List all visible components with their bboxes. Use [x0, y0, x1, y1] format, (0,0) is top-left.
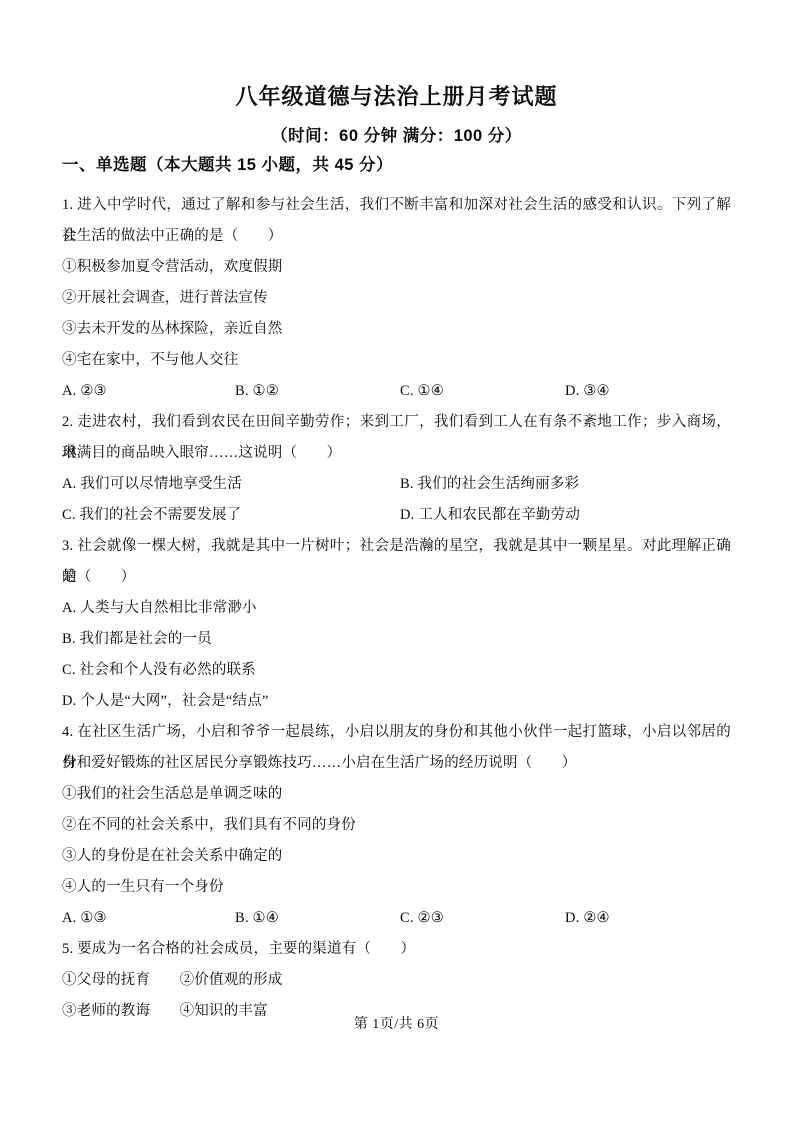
q1-stem-line-2: 会生活的做法中正确的是（ ）	[62, 221, 731, 252]
q4-stem-line-1: 4. 在社区生活广场，小启和爷爷一起晨练，小启以朋友的身份和其他小伙伴一起打篮球…	[62, 717, 731, 748]
exam-time-score-line: （时间：60 分钟 满分：100 分）	[62, 126, 731, 146]
q5-items-row-1-2: ①父母的抚育 ②价值观的形成	[62, 965, 731, 996]
question-2: 2. 走进农村，我们看到农民在田间辛勤劳作；来到工厂，我们看到工人在有条不紊地工…	[62, 407, 731, 531]
q3-stem-line-2: 是（ ）	[62, 562, 731, 593]
q4-item-3: ③人的身份是在社会关系中确定的	[62, 841, 731, 872]
q4-stem-line-2: 份和爱好锻炼的社区居民分享锻炼技巧……小启在生活广场的经历说明（ ）	[62, 748, 731, 779]
q1-stem-line-1: 1. 进入中学时代，通过了解和参与社会生活，我们不断丰富和加深对社会生活的感受和…	[62, 190, 731, 221]
question-4: 4. 在社区生活广场，小启和爷爷一起晨练，小启以朋友的身份和其他小伙伴一起打篮球…	[62, 717, 731, 934]
q4-option-d: D. ②④	[565, 903, 610, 934]
q2-options-row-ab: A. 我们可以尽情地享受生活B. 我们的社会生活绚丽多彩	[62, 469, 731, 500]
question-list: 1. 进入中学时代，通过了解和参与社会生活，我们不断丰富和加深对社会生活的感受和…	[62, 190, 731, 1027]
question-1: 1. 进入中学时代，通过了解和参与社会生活，我们不断丰富和加深对社会生活的感受和…	[62, 190, 731, 407]
q1-option-c: C. ①④	[400, 376, 565, 407]
q3-option-d: D. 个人是“大网”，社会是“结点”	[62, 686, 731, 717]
q2-stem-line-1: 2. 走进农村，我们看到农民在田间辛勤劳作；来到工厂，我们看到工人在有条不紊地工…	[62, 407, 731, 438]
q4-option-b: B. ①④	[235, 903, 400, 934]
q4-item-1: ①我们的社会生活总是单调乏味的	[62, 779, 731, 810]
q3-option-a: A. 人类与大自然相比非常渺小	[62, 593, 731, 624]
q1-option-a: A. ②③	[62, 376, 235, 407]
q3-option-b: B. 我们都是社会的一员	[62, 624, 731, 655]
q4-item-4: ④人的一生只有一个身份	[62, 872, 731, 903]
q5-stem-line-1: 5. 要成为一名合格的社会成员，主要的渠道有（ ）	[62, 934, 731, 965]
q4-option-c: C. ②③	[400, 903, 565, 934]
q1-item-1: ①积极参加夏令营活动，欢度假期	[62, 252, 731, 283]
q2-option-a: A. 我们可以尽情地享受生活	[62, 469, 400, 500]
q4-item-2: ②在不同的社会关系中，我们具有不同的身份	[62, 810, 731, 841]
q4-option-a: A. ①③	[62, 903, 235, 934]
q3-option-c: C. 社会和个人没有必然的联系	[62, 655, 731, 686]
q2-option-d: D. 工人和农民都在辛勤劳动	[400, 500, 580, 531]
q1-options-row: A. ②③B. ①②C. ①④D. ③④	[62, 376, 731, 407]
question-3: 3. 社会就像一棵大树，我就是其中一片树叶；社会是浩瀚的星空，我就是其中一颗星星…	[62, 531, 731, 717]
page-footer: 第 1页/共 6页	[0, 1014, 793, 1036]
q2-stem-line-2: 琅满目的商品映入眼帘……这说明（ ）	[62, 438, 731, 469]
exam-title: 八年级道德与法治上册月考试题	[62, 84, 731, 110]
q1-option-d: D. ③④	[565, 376, 610, 407]
section-heading-single-choice: 一、单选题（本大题共 15 小题，共 45 分）	[62, 155, 731, 176]
q1-option-b: B. ①②	[235, 376, 400, 407]
q1-item-3: ③去未开发的丛林探险，亲近自然	[62, 314, 731, 345]
q1-item-4: ④宅在家中，不与他人交往	[62, 345, 731, 376]
q2-option-b: B. 我们的社会生活绚丽多彩	[400, 469, 579, 500]
q1-item-2: ②开展社会调查，进行普法宣传	[62, 283, 731, 314]
q3-stem-line-1: 3. 社会就像一棵大树，我就是其中一片树叶；社会是浩瀚的星空，我就是其中一颗星星…	[62, 531, 731, 562]
q4-options-row: A. ①③B. ①④C. ②③D. ②④	[62, 903, 731, 934]
q2-option-c: C. 我们的社会不需要发展了	[62, 500, 400, 531]
q2-options-row-cd: C. 我们的社会不需要发展了D. 工人和农民都在辛勤劳动	[62, 500, 731, 531]
exam-page: 八年级道德与法治上册月考试题 （时间：60 分钟 满分：100 分） 一、单选题…	[0, 0, 793, 1122]
